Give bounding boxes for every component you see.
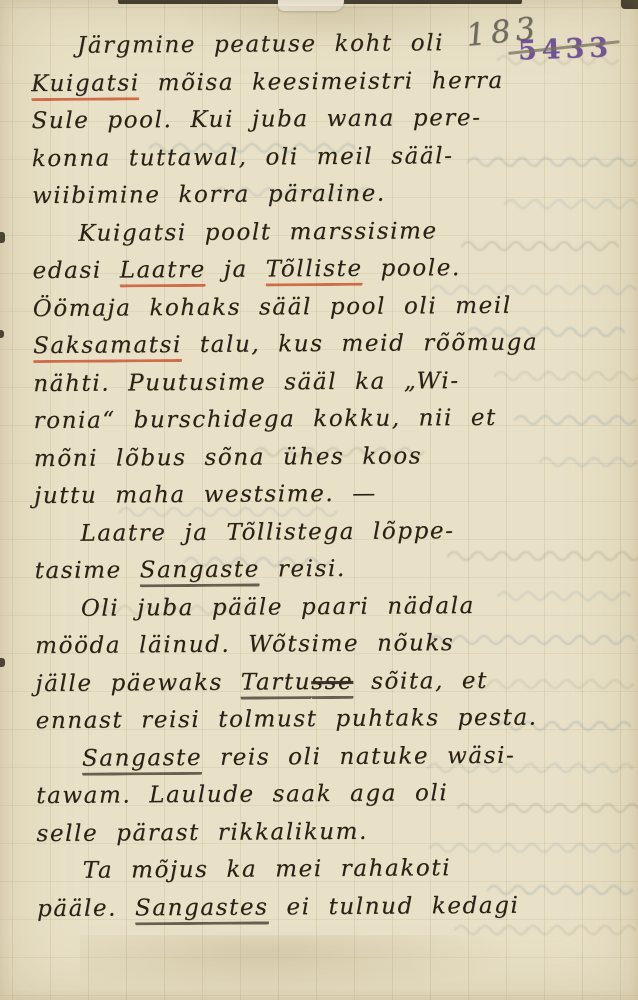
marked-word: Tõlliste (266, 256, 363, 287)
text-segment: tawam. Laulude saak aga oli (36, 780, 448, 809)
text-line: Kuigatsi mõisa keesimeistri herra (31, 61, 625, 103)
text-segment: mööda läinud. Wõtsime nõuks (35, 630, 454, 659)
text-segment: wiibimine korra päraline. (32, 181, 386, 209)
text-line: pääle. Sangastes ei tulnud kedagi (37, 886, 631, 928)
text-line: jälle päewaks Tartusse sõita, et (35, 661, 629, 703)
text-segment: selle pärast rikkalikum. (36, 818, 368, 846)
marked-word: Laatre (120, 257, 206, 288)
text-segment: nähti. Puutusime sääl ka „Wi- (33, 368, 459, 397)
text-segment: sõita, et (353, 667, 488, 694)
text-segment: reisi. (260, 556, 346, 583)
text-segment: Kuigatsi poolt marssisime (78, 218, 438, 247)
text-line: Järgmine peatuse koht oli (31, 24, 625, 66)
text-line: konna tuttawal, oli meil sääl- (32, 136, 626, 178)
text-segment: pääle. (37, 895, 135, 922)
torn-paper-patch (278, 0, 344, 11)
marked-word: Sangastes (135, 894, 269, 925)
text-line: Ta mõjus ka mei rahakoti (37, 849, 631, 891)
marked-word: Kuigatsi (31, 70, 140, 101)
text-line: mööda läinud. Wõtsime nõuks (35, 624, 629, 666)
text-segment: Järgmine peatuse koht oli (77, 30, 444, 59)
paper-stain (80, 935, 520, 995)
bleedthrough-stroke (455, 926, 635, 934)
page-edge-mark (0, 658, 5, 667)
text-line: tasime Sangaste reisi. (35, 549, 629, 591)
text-line: selle pärast rikkalikum. (36, 811, 630, 853)
text-line: Laatre ja Tõllistega lõppe- (34, 511, 628, 553)
manuscript-page: 183 5433 Järgmine peatuse koht oliKuigat… (0, 0, 638, 1000)
text-line: Kuigatsi poolt marssisime (32, 211, 626, 253)
text-segment: ei tulnud kedagi (268, 892, 519, 920)
text-line: ronia“ burschidega kokku, nii et (33, 399, 627, 441)
text-segment: reis oli natuke wäsi- (202, 742, 515, 770)
text-segment: Ta mõjus ka mei rahakoti (83, 855, 452, 884)
text-segment: Oli juba pääle paari nädala (81, 592, 475, 621)
text-line: Sangaste reis oli natuke wäsi- (36, 736, 630, 778)
text-segment: jälle päewaks (35, 669, 241, 696)
text-line: Oli juba pääle paari nädala (35, 586, 629, 628)
text-segment: Laatre ja Tõllistega lõppe- (80, 518, 454, 547)
marked-word: Tartu (241, 669, 312, 699)
text-segment: ronia“ burschidega kokku, nii et (34, 405, 497, 434)
text-segment: poole. (363, 255, 461, 282)
text-line: Öömaja kohaks sääl pool oli meil (33, 286, 627, 328)
page-edge-mark (0, 232, 5, 243)
page-edge-mark (0, 330, 4, 338)
text-line: nähti. Puutusime sääl ka „Wi- (33, 361, 627, 403)
text-line: Saksamatsi talu, kus meid rõõmuga (33, 324, 627, 366)
text-line: mõni lõbus sõna ühes koos (34, 436, 628, 478)
text-segment: mõisa keesimeistri herra (140, 67, 504, 96)
text-segment: tasime (35, 557, 140, 584)
text-line: juttu maha westsime. — (34, 474, 628, 516)
text-segment: ja (206, 256, 266, 282)
text-segment: juttu maha westsime. — (34, 481, 377, 509)
text-segment: ennast reisi tolmust puhtaks pesta. (36, 705, 538, 735)
page-edge-top-right (621, 0, 638, 9)
text-segment: Sule pool. Kui juba wana pere- (31, 105, 481, 134)
marked-word: sse (311, 668, 353, 698)
text-line: Sule pool. Kui juba wana pere- (31, 99, 625, 141)
marked-word: Saksamatsi (33, 332, 182, 363)
text-line: wiibimine korra päraline. (32, 174, 626, 216)
text-segment: edasi (32, 257, 119, 284)
text-line: edasi Laatre ja Tõlliste poole. (32, 249, 626, 291)
marked-word: Sangaste (140, 556, 260, 587)
text-line: tawam. Laulude saak aga oli (36, 774, 630, 816)
text-segment: talu, kus meid rõõmuga (182, 330, 538, 358)
manuscript-text: Järgmine peatuse koht oliKuigatsi mõisa … (31, 24, 631, 928)
text-segment: konna tuttawal, oli meil sääl- (32, 143, 454, 172)
text-segment: Öömaja kohaks sääl pool oli meil (33, 292, 512, 321)
text-line: ennast reisi tolmust puhtaks pesta. (36, 699, 630, 741)
text-segment: mõni lõbus sõna ühes koos (34, 443, 422, 472)
marked-word: Sangaste (82, 744, 202, 775)
